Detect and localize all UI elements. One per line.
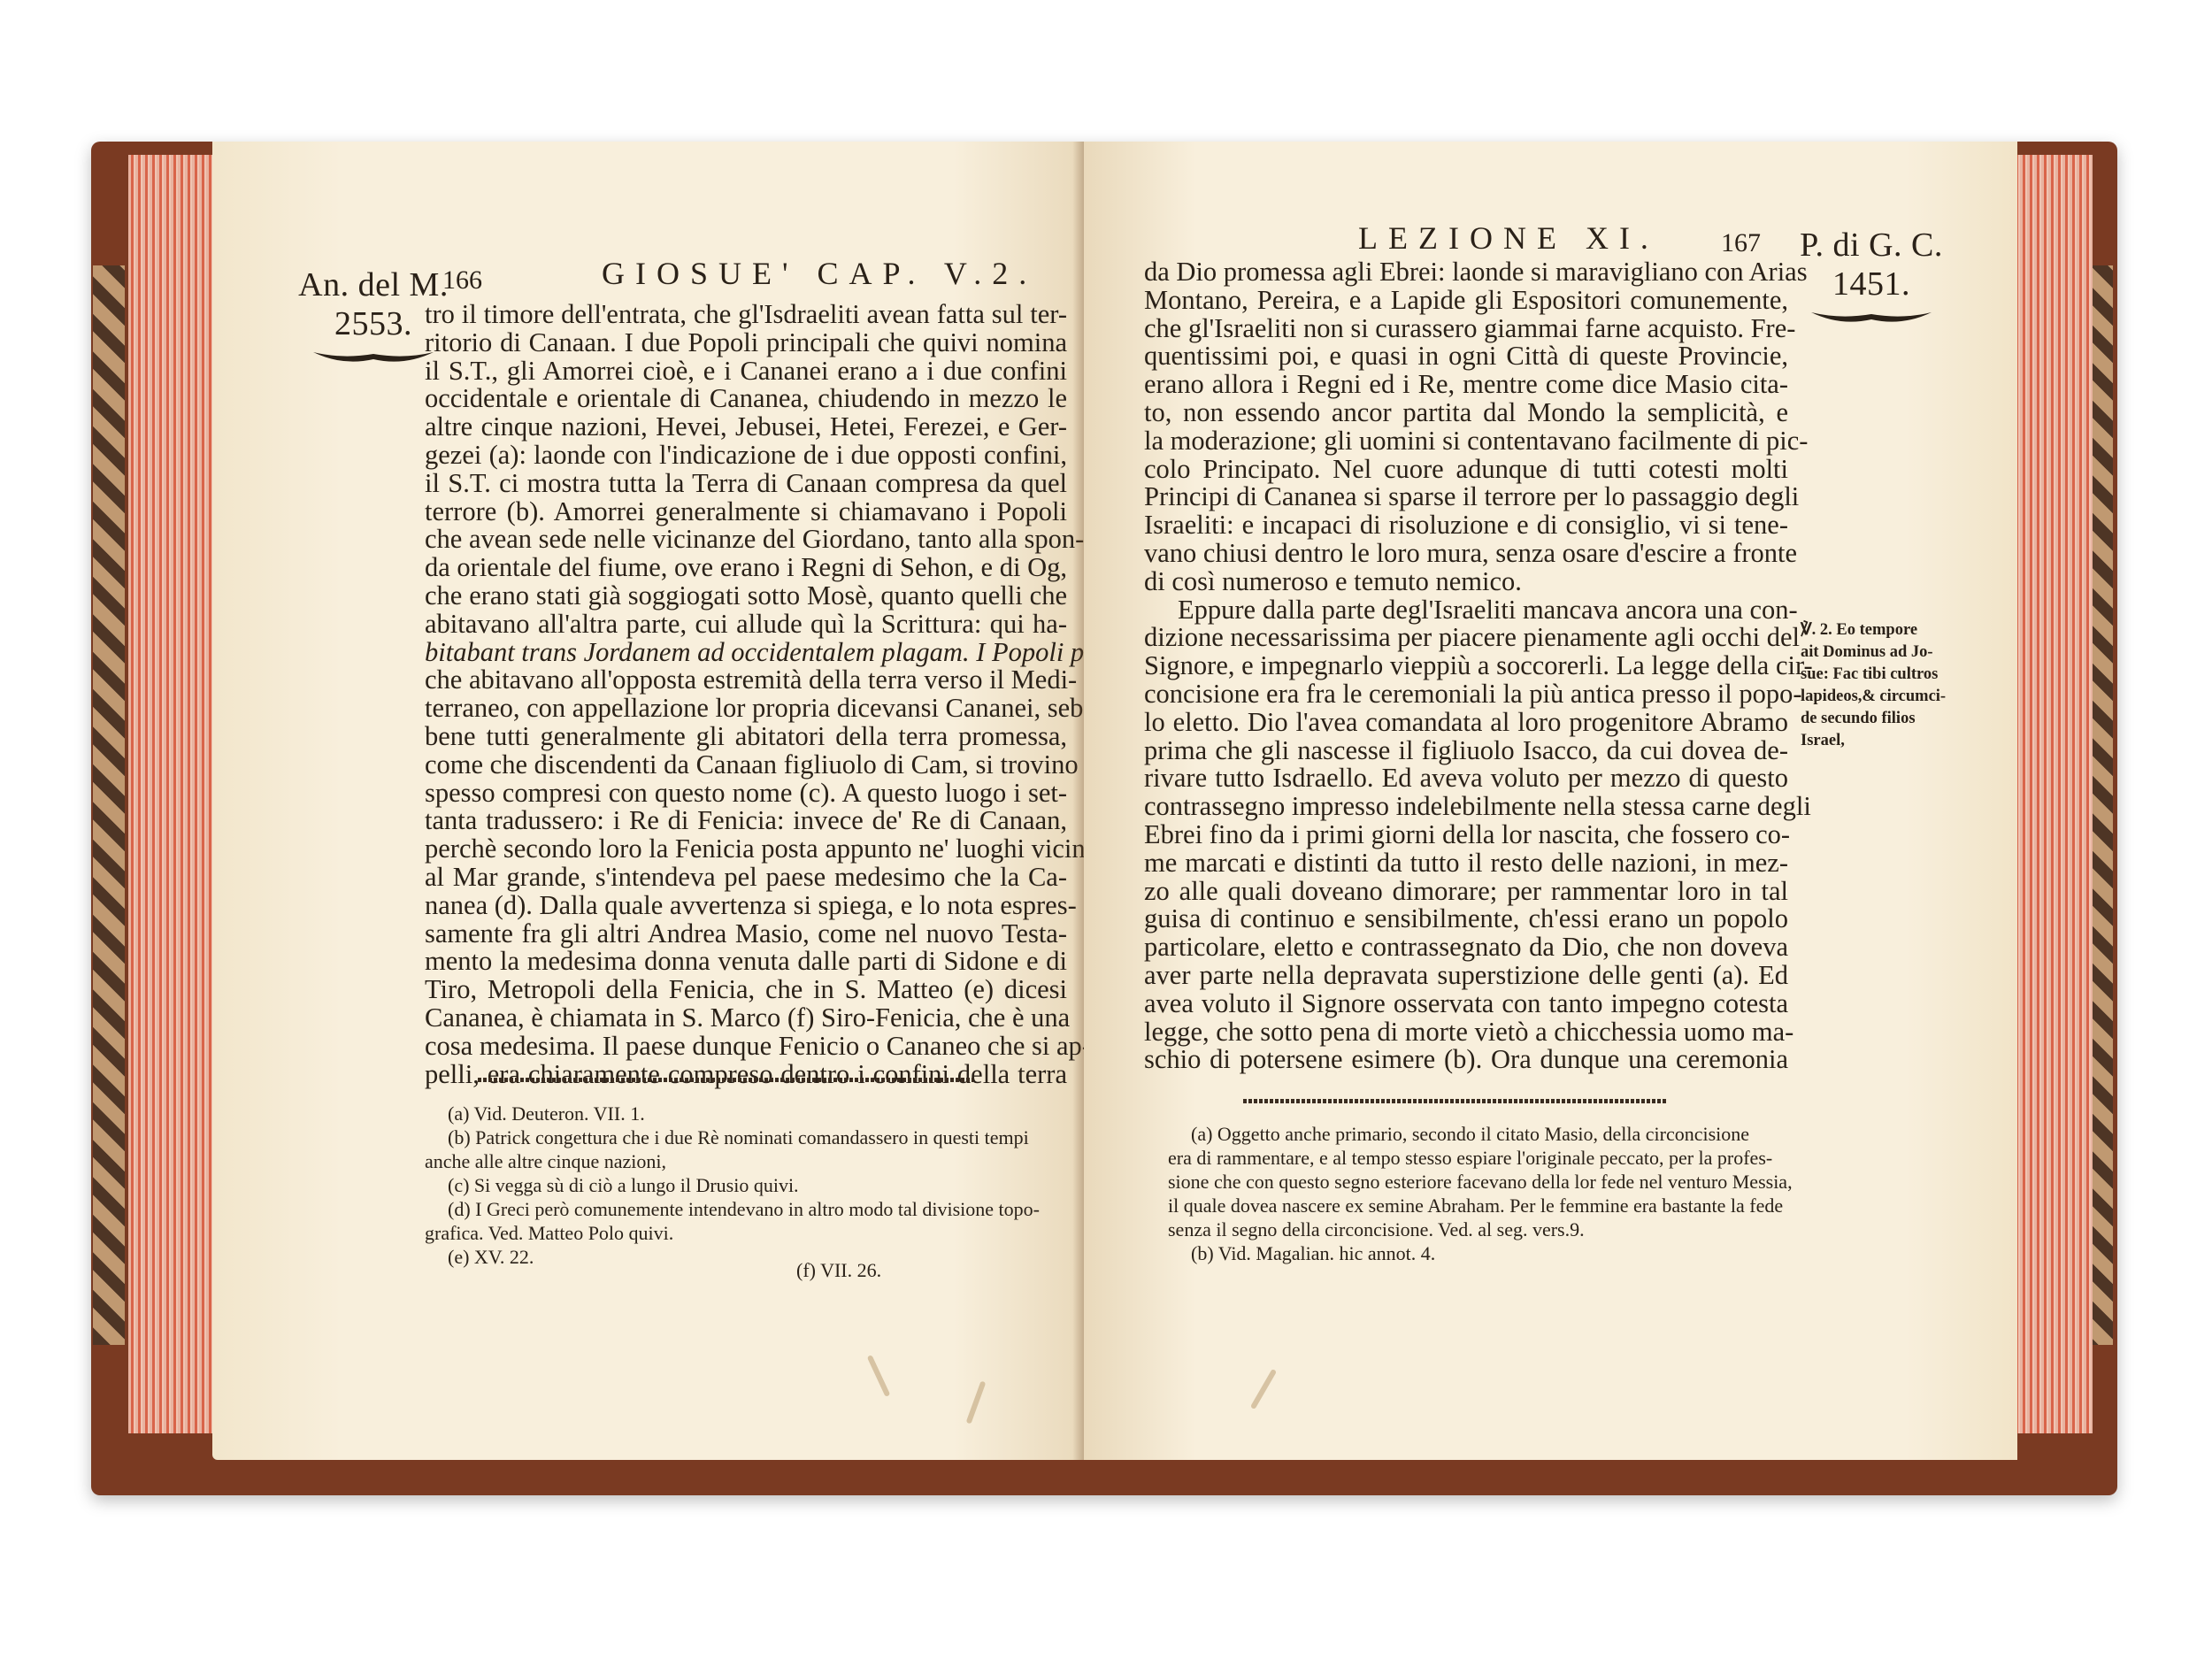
page-edges-right: [2013, 155, 2093, 1433]
open-book: An. del M. 2553. 166 GIOSUE' CAP. V.2. t…: [0, 0, 2212, 1659]
text-line: occidentale e orientale di Cananea, chiu…: [425, 385, 1067, 413]
left-body-text: tro il timore dell'entrata, che gl'Isdra…: [425, 301, 1067, 1088]
footnote: senza il segno della circoncisione. Ved.…: [1168, 1217, 1805, 1241]
side-note-line: Israel,: [1801, 730, 1946, 752]
paper-tear: [867, 1355, 891, 1397]
text-line: gezei (a): laonde con l'indicazione de i…: [425, 442, 1067, 470]
footnote: (e) XV. 22.: [425, 1245, 1062, 1269]
footnote: sione che con questo segno esteriore fac…: [1168, 1170, 1805, 1194]
text-line: nanea (d). Dalla quale avvertenza si spi…: [425, 892, 1067, 920]
margin-note-line1: An. del M.: [298, 266, 449, 303]
right-margin-note: P. di G. C. 1451.: [1783, 226, 1960, 325]
right-page: LEZIONE XI. 167 P. di G. C. 1451. da Dio…: [1084, 142, 2017, 1460]
footnote-f: (f) VII. 26.: [796, 1258, 881, 1282]
text-line: Ebrei fino da i primi giorni della lor n…: [1144, 821, 1788, 849]
text-line: bitabant trans Jordanem ad occidentalem …: [425, 639, 1067, 667]
page-number-right: 167: [1721, 228, 1761, 258]
text-line: contrassegno impresso indelebilmente nel…: [1144, 793, 1788, 821]
text-line: rivare tutto Isdraello. Ed aveva voluto …: [1144, 764, 1788, 793]
text-line: legge, che sotto pena di morte vietò a c…: [1144, 1018, 1788, 1047]
footnote: il quale dovea nascere ex semine Abraham…: [1168, 1194, 1805, 1217]
text-line: dizione necessarissima per piacere piena…: [1144, 624, 1788, 652]
text-line: al Mar grande, s'intendeva pel paese med…: [425, 864, 1067, 892]
text-line: bene tutti generalmente gli abitatori de…: [425, 723, 1067, 751]
text-line: Eppure dalla parte degl'Israeliti mancav…: [1144, 596, 1788, 625]
text-line: altre cinque nazioni, Hevei, Jebusei, He…: [425, 413, 1067, 442]
footnote: (b) Patrick congettura che i due Rè nomi…: [425, 1125, 1062, 1149]
text-line: da orientale del fiume, ove erano i Regn…: [425, 554, 1067, 582]
footnote: anche alle altre cinque nazioni,: [425, 1149, 1062, 1173]
footnote-divider: [478, 1078, 973, 1082]
margin-note-line2: 1451.: [1832, 265, 1910, 303]
text-line: Montano, Pereira, e a Lapide gli Esposit…: [1144, 287, 1788, 315]
running-head-left: GIOSUE' CAP. V.2.: [602, 255, 1037, 292]
margin-note-line1: P. di G. C.: [1800, 227, 1943, 264]
text-line: da Dio promessa agli Ebrei: laonde si ma…: [1144, 258, 1788, 287]
text-line: particolare, eletto e contrassegnato da …: [1144, 933, 1788, 962]
text-line: Tiro, Metropoli della Fenicia, che in S.…: [425, 976, 1067, 1004]
text-line: schio di potersene esimere (b). Ora dunq…: [1144, 1046, 1788, 1074]
right-body-text: da Dio promessa agli Ebrei: laonde si ma…: [1144, 258, 1788, 1074]
text-line: me marcati e distinti da tutto il resto …: [1144, 849, 1788, 878]
text-line: il S.T. ci mostra tutta la Terra di Cana…: [425, 470, 1067, 498]
text-line: quentissimi poi, e quasi in ogni Città d…: [1144, 342, 1788, 371]
footnote: (c) Si vegga sù di ciò a lungo il Drusio…: [425, 1173, 1062, 1197]
swash-ornament-icon: [1809, 307, 1933, 325]
text-line: spesso compresi con questo nome (c). A q…: [425, 780, 1067, 808]
marginal-scripture-note: ℣. 2. Eo tempore ait Dominus ad Jo- sue:…: [1801, 619, 1946, 752]
text-line: Principi di Cananea si sparse il terrore…: [1144, 483, 1788, 511]
text-line: colo Principato. Nel cuore adunque di tu…: [1144, 456, 1788, 484]
text-line: ritorio di Canaan. I due Popoli principa…: [425, 329, 1067, 357]
text-line: tanta tradussero: i Re di Fenicia: invec…: [425, 807, 1067, 835]
side-note-line: lapideos,& circumci-: [1801, 686, 1946, 708]
text-line: mento la medesima donna venuta dalle par…: [425, 948, 1067, 976]
swash-ornament-icon: [311, 347, 435, 365]
left-footnotes: (a) Vid. Deuteron. VII. 1. (b) Patrick c…: [425, 1102, 1062, 1269]
paper-tear: [966, 1380, 987, 1424]
side-note-line: ℣. 2. Eo tempore: [1801, 619, 1946, 641]
text-line: avea voluto il Signore osservata con tan…: [1144, 990, 1788, 1018]
text-line: zo alle quali doveano dimorare; per ramm…: [1144, 878, 1788, 906]
footnote-divider: [1243, 1099, 1668, 1103]
left-page: An. del M. 2553. 166 GIOSUE' CAP. V.2. t…: [212, 142, 1084, 1460]
text-line: che abitavano all'opposta estremità dell…: [425, 666, 1067, 695]
footnote: era di rammentare, e al tempo stesso esp…: [1168, 1146, 1805, 1170]
text-line: terrore (b). Amorrei generalmente si chi…: [425, 498, 1067, 526]
text-line: abitavano all'altra parte, cui allude qu…: [425, 611, 1067, 639]
text-line: pelli, era chiaramente compreso dentro i…: [425, 1061, 1067, 1089]
text-line: come che discendenti da Canaan figliuolo…: [425, 751, 1067, 780]
text-line: guisa di continuo e sensibilmente, ch'es…: [1144, 905, 1788, 933]
text-line: cosa medesima. Il paese dunque Fenicio o…: [425, 1033, 1067, 1061]
text-line: il S.T., gli Amorrei cioè, e i Cananei e…: [425, 357, 1067, 386]
text-line: perchè secondo loro la Fenicia posta app…: [425, 835, 1067, 864]
text-line: di così numeroso e temuto nemico.: [1144, 568, 1788, 596]
text-line: concisione era fra le ceremoniali la più…: [1144, 680, 1788, 709]
text-line: aver parte nella depravata superstizione…: [1144, 962, 1788, 990]
text-line: che avean sede nelle vicinanze del Giord…: [425, 526, 1067, 554]
text-line: che erano stati già soggiogati sotto Mos…: [425, 582, 1067, 611]
right-footnotes: (a) Oggetto anche primario, secondo il c…: [1168, 1122, 1805, 1265]
text-line: la moderazione; gli uomini si contentava…: [1144, 427, 1788, 456]
text-line: vano chiusi dentro le loro mura, senza o…: [1144, 540, 1788, 568]
text-line: terraneo, con appellazione lor propria d…: [425, 695, 1067, 723]
text-line: che gl'Israeliti non si curassero giamma…: [1144, 315, 1788, 343]
paper-tear: [1250, 1369, 1277, 1409]
text-line: prima che gli nascesse il figliuolo Isac…: [1144, 737, 1788, 765]
running-head-right: LEZIONE XI.: [1358, 219, 1659, 257]
text-line: tro il timore dell'entrata, che gl'Isdra…: [425, 301, 1067, 329]
text-line: Israeliti: e incapaci di risoluzione e d…: [1144, 511, 1788, 540]
margin-note-line2: 2553.: [334, 305, 412, 342]
text-line: erano allora i Regni ed i Re, mentre com…: [1144, 371, 1788, 399]
side-note-line: ait Dominus ad Jo-: [1801, 641, 1946, 664]
side-note-line: sue: Fac tibi cultros: [1801, 664, 1946, 686]
footnote: (b) Vid. Magalian. hic annot. 4.: [1168, 1241, 1805, 1265]
footnote: (d) I Greci però comunemente intendevano…: [425, 1197, 1062, 1221]
text-line: lo eletto. Dio l'avea comandata al loro …: [1144, 709, 1788, 737]
text-line: samente fra gli altri Andrea Masio, come…: [425, 920, 1067, 949]
footnote: (a) Oggetto anche primario, secondo il c…: [1168, 1122, 1805, 1146]
footnote: grafica. Ved. Matteo Polo quivi.: [425, 1221, 1062, 1245]
text-line: Signore, e impegnarlo vieppiù a soccorer…: [1144, 652, 1788, 680]
footnote: (a) Vid. Deuteron. VII. 1.: [425, 1102, 1062, 1125]
text-line: Cananea, è chiamata in S. Marco (f) Siro…: [425, 1004, 1067, 1033]
side-note-line: de secundo filios: [1801, 708, 1946, 730]
marbled-board-left: [93, 265, 125, 1345]
page-edges-left: [128, 155, 217, 1433]
text-line: to, non essendo ancor partita dal Mondo …: [1144, 399, 1788, 427]
page-number-left: 166: [442, 265, 482, 296]
